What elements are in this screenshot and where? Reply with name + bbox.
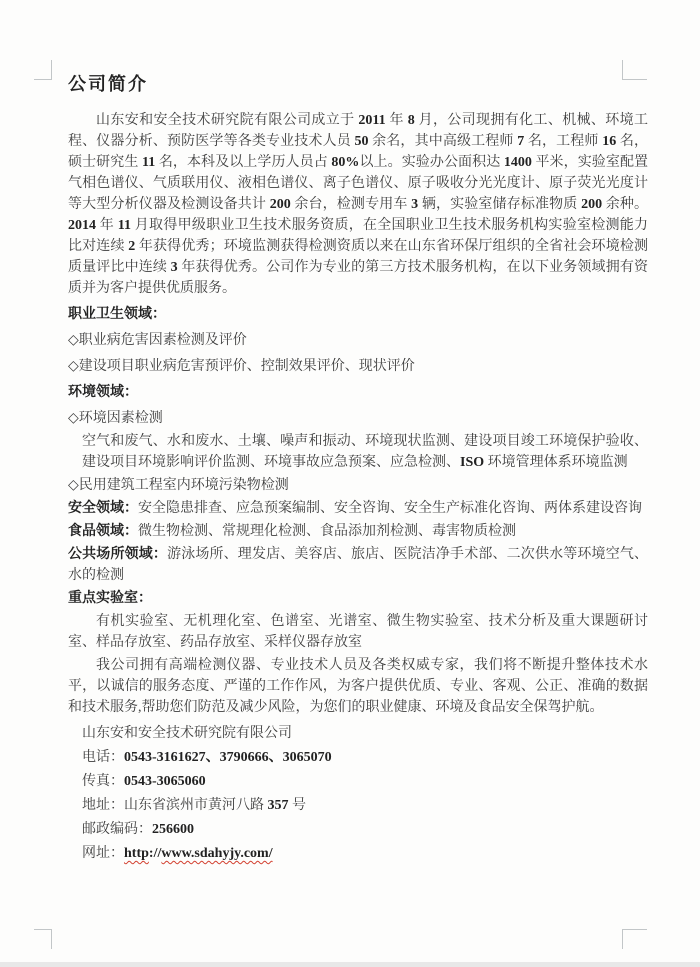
text-run: 电话：	[82, 750, 124, 765]
text-run: 年	[96, 218, 118, 233]
text-run: 山东安和安全技术研究院有限公司	[82, 726, 292, 741]
section-paragraph-public-places: 公共场所领域：游泳场所、理发店、美容店、旅店、医院洁净手术部、二次供水等环境空气…	[68, 544, 648, 586]
text-run: 公共场所领域：	[68, 547, 167, 562]
section-heading-occupational-health: 职业卫生领域：	[68, 304, 648, 325]
text-run: 环境领域：	[68, 385, 138, 400]
text-run: 地址：山东省滨州市黄河八路	[82, 798, 268, 813]
environment-detail-paragraph: 空气和废气、水和废水、土壤、噪声和振动、环境现状监测、建设项目竣工环境保护验收、…	[82, 431, 648, 473]
text-run: 256600	[152, 822, 194, 837]
closing-paragraph: 我公司拥有高端检测仪器、专业技术人员及各类权威专家，我们将不断提升整体技术水平，…	[68, 655, 648, 718]
text-run: ISO	[460, 455, 484, 470]
crop-mark-top-left	[34, 60, 52, 80]
text-run: 80%	[331, 155, 359, 170]
text-run: 16	[602, 134, 616, 149]
intro-paragraph: 山东安和安全技术研究院有限公司成立于 2011 年 8 月，公司现拥有化工、机械…	[68, 110, 648, 299]
list-item-environment-1: ◇环境因素检测	[68, 408, 648, 429]
page-bottom-edge	[0, 962, 700, 967]
text-run: ://	[149, 846, 161, 861]
text-run: ◇建设项目职业病危害预评价、控制效果评价、现状评价	[68, 359, 415, 374]
text-run: 山东安和安全技术研究院有限公司成立于	[96, 113, 358, 128]
text-run: 号	[289, 798, 307, 813]
text-run: 11	[142, 155, 155, 170]
text-run: 2011	[358, 113, 385, 128]
text-run: 安全领域：	[68, 501, 138, 516]
text-run: 有机实验室、无机理化室、色谱室、光谱室、微生物实验室、技术分析及重大课题研讨室、…	[68, 614, 648, 650]
contact-postcode: 邮政编码：256600	[82, 819, 648, 841]
text-run: 11	[118, 218, 131, 233]
crop-mark-bottom-left	[34, 929, 52, 949]
crop-mark-bottom-right	[622, 929, 647, 949]
text-run: 网址：	[82, 846, 124, 861]
section-heading-environment: 环境领域：	[68, 382, 648, 403]
text-run: 安全隐患排查、应急预案编制、安全咨询、安全生产标准化咨询、两体系建设咨询	[138, 501, 642, 516]
contact-address: 地址：山东省滨州市黄河八路 357 号	[82, 795, 648, 817]
contact-website: 网址：http://www.sdahyjy.com/	[82, 843, 648, 865]
text-run: 我公司拥有高端检测仪器、专业技术人员及各类权威专家，我们将不断提升整体技术水平，…	[68, 658, 648, 715]
text-run: 辆，实验室储存标准物质	[418, 197, 581, 212]
text-run: 0543-3065060	[124, 774, 206, 789]
text-run: 50	[355, 134, 369, 149]
section-paragraph-food: 食品领域：微生物检测、常规理化检测、食品添加剂检测、毒害物质检测	[68, 521, 648, 542]
contact-fax: 传真：0543-3065060	[82, 771, 648, 793]
text-run: 357	[268, 798, 289, 813]
list-item-occupational-2: ◇建设项目职业病危害预评价、控制效果评价、现状评价	[68, 356, 648, 377]
section-heading-key-labs: 重点实验室：	[68, 588, 648, 609]
text-run: ◇民用建筑工程室内环境污染物检测	[68, 478, 289, 493]
document-body: 公司简介山东安和安全技术研究院有限公司成立于 2011 年 8 月，公司现拥有化…	[68, 72, 648, 865]
text-run: 职业卫生领域：	[68, 307, 166, 322]
text-run: 0543-3161627、3790666、3065070	[124, 750, 332, 765]
text-run: 200	[270, 197, 291, 212]
contact-phone: 电话：0543-3161627、3790666、3065070	[82, 747, 648, 769]
url-text: www.sdahyjy.com/	[161, 846, 272, 861]
text-run: 名，工程师	[524, 134, 602, 149]
text-run: 名，本科及以上学历人员占	[155, 155, 331, 170]
text-run: 余名，其中高级工程师	[369, 134, 518, 149]
text-run: 2014	[68, 218, 96, 233]
labs-paragraph: 有机实验室、无机理化室、色谱室、光谱室、微生物实验室、技术分析及重大课题研讨室、…	[68, 611, 648, 653]
text-run: 年	[386, 113, 408, 128]
text-run: 以上。实验办公面积达	[359, 155, 503, 170]
section-paragraph-safety: 安全领域：安全隐患排查、应急预案编制、安全咨询、安全生产标准化咨询、两体系建设咨…	[68, 498, 648, 519]
list-item-occupational-1: ◇职业病危害因素检测及评价	[68, 330, 648, 351]
text-run: 重点实验室：	[68, 591, 152, 606]
text-run: 邮政编码：	[82, 822, 152, 837]
text-run: ◇职业病危害因素检测及评价	[68, 333, 247, 348]
text-run: 1400	[504, 155, 532, 170]
text-run: 余台，检测专用车	[291, 197, 411, 212]
text-run: 3	[171, 260, 178, 275]
text-run: 微生物检测、常规理化检测、食品添加剂检测、毒害物质检测	[138, 524, 516, 539]
text-run: 8	[408, 113, 415, 128]
text-run: ◇环境因素检测	[68, 411, 163, 426]
list-item-environment-2: ◇民用建筑工程室内环境污染物检测	[68, 475, 648, 496]
text-run: 食品领域：	[68, 524, 138, 539]
text-run: 传真：	[82, 774, 124, 789]
text-run: 余种。	[602, 197, 648, 212]
text-run: 环境管理体系环境监测	[484, 455, 628, 470]
text-run: 200	[581, 197, 602, 212]
url-text: http	[124, 846, 149, 861]
document-page: 公司简介山东安和安全技术研究院有限公司成立于 2011 年 8 月，公司现拥有化…	[0, 0, 700, 967]
text-run: 公司简介	[68, 74, 148, 94]
doc-title: 公司简介	[68, 72, 648, 96]
contact-company-name: 山东安和安全技术研究院有限公司	[82, 723, 648, 745]
